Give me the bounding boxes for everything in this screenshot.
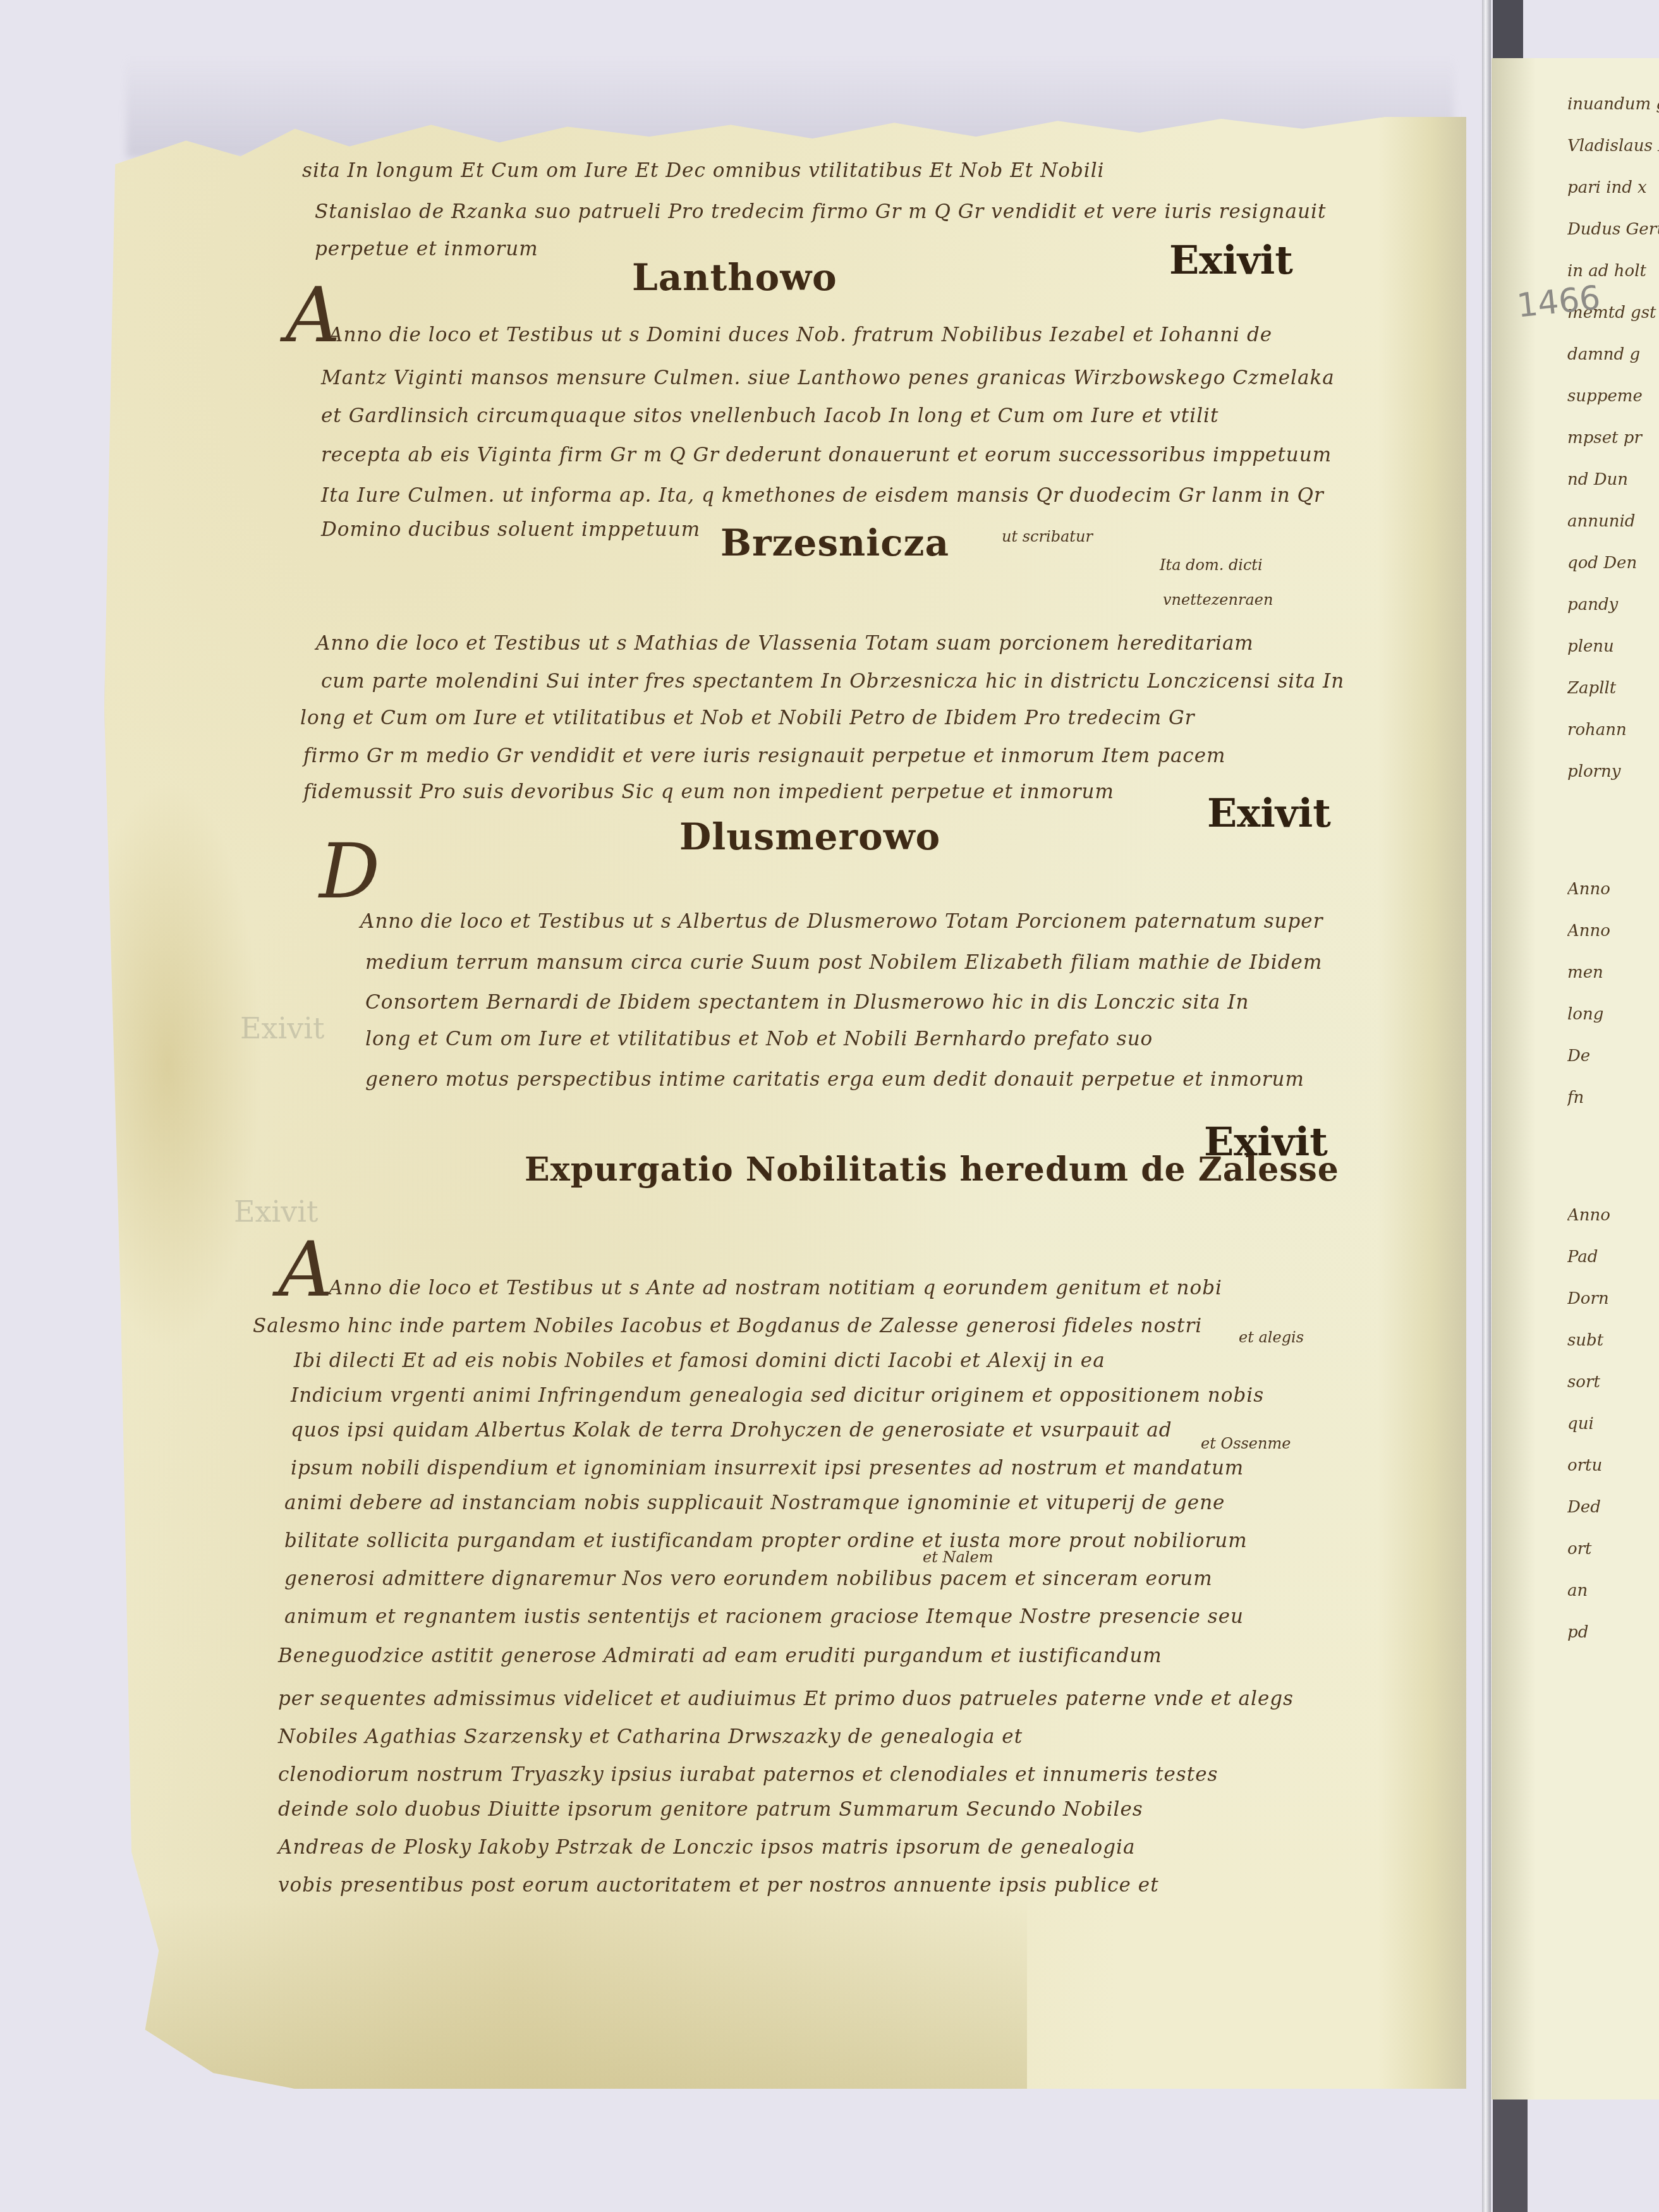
text-line: vobis presentibus post eorum auctoritate… bbox=[278, 1874, 1159, 1897]
interlinear-note: et alegis bbox=[1239, 1328, 1304, 1346]
text-line: Salesmo hinc inde partem Nobiles Iacobus… bbox=[253, 1315, 1202, 1337]
text-line: Beneguodzice astitit generose Admirati a… bbox=[278, 1644, 1162, 1667]
text-fragment: ortu bbox=[1567, 1457, 1659, 1499]
text-line: long et Cum om Iure et vtilitatibus et N… bbox=[365, 1028, 1153, 1050]
text-line: quos ipsi quidam Albertus Kolak de terra… bbox=[291, 1419, 1172, 1442]
text-fragment: sort bbox=[1567, 1374, 1659, 1416]
exivit-mark: Exivit bbox=[1207, 790, 1331, 836]
marginal-note: Ita dom. dicti bbox=[1160, 556, 1263, 574]
text-fragment: subt bbox=[1567, 1332, 1659, 1374]
text-line: recepta ab eis Viginta firm Gr m Q Gr de… bbox=[321, 444, 1332, 466]
marginal-note: ut scribatur bbox=[1002, 528, 1093, 545]
text-line: generosi admittere dignaremur Nos vero e… bbox=[284, 1567, 1213, 1590]
text-line: firmo Gr m medio Gr vendidit et vere iur… bbox=[303, 744, 1225, 767]
text-line: Mantz Viginti mansos mensure Culmen. siu… bbox=[321, 367, 1335, 389]
text-fragment: ort bbox=[1567, 1541, 1659, 1583]
text-fragment: mpset pr bbox=[1567, 430, 1659, 471]
text-line: long et Cum om Iure et vtilitatibus et N… bbox=[300, 707, 1194, 729]
text-line: per sequentes admissimus videlicet et au… bbox=[278, 1687, 1294, 1710]
text-fragment: Dorn bbox=[1567, 1291, 1659, 1332]
text-fragment: pari ind x bbox=[1567, 179, 1659, 221]
text-line: Consortem Bernardi de Ibidem spectantem … bbox=[365, 991, 1249, 1014]
text-fragment: Anno bbox=[1567, 1207, 1659, 1249]
bleed-through-mark: Exivit bbox=[240, 1011, 324, 1045]
text-line: bilitate sollicita purgandam et iustific… bbox=[284, 1529, 1248, 1552]
text-fragment: pandy bbox=[1567, 597, 1659, 638]
text-line: Stanislao de Rzanka suo patrueli Pro tre… bbox=[315, 200, 1326, 223]
exivit-mark: Exivit bbox=[1169, 237, 1293, 283]
text-fragment: fn bbox=[1567, 1090, 1659, 1131]
text-fragment: qui bbox=[1567, 1416, 1659, 1457]
text-line: Nobiles Agathias Szarzensky et Catharina… bbox=[278, 1725, 1023, 1748]
book-clamp-top bbox=[1493, 0, 1523, 63]
text-line: genero motus perspectibus intime caritat… bbox=[365, 1068, 1304, 1091]
text-line: et Gardlinsich circumquaque sitos vnelle… bbox=[321, 404, 1218, 427]
text-fragment: Dudus Geru bbox=[1567, 221, 1659, 263]
text-fragment: an bbox=[1567, 1583, 1659, 1624]
text-line: Ibi dilecti Et ad eis nobis Nobiles et f… bbox=[294, 1349, 1105, 1372]
text-fragment: qod Den bbox=[1567, 555, 1659, 597]
text-line: sita In longum Et Cum om Iure Et Dec omn… bbox=[302, 159, 1105, 182]
text-line: Andreas de Plosky Iakoby Pstrzak de Lonc… bbox=[278, 1836, 1135, 1859]
right-page: inuandum gst Vladislaus De pari ind x Du… bbox=[1492, 58, 1659, 2100]
entry-heading: Lanthowo bbox=[632, 256, 837, 299]
text-line: Anno die loco et Testibus ut s Domini du… bbox=[329, 324, 1272, 346]
text-fragment: damnd g bbox=[1567, 346, 1659, 388]
text-fragment: men bbox=[1567, 964, 1659, 1006]
text-fragment: Vladislaus De bbox=[1567, 138, 1659, 179]
text-fragment: Anno bbox=[1567, 923, 1659, 964]
text-line: Ita Iure Culmen. ut informa ap. Ita, q k… bbox=[321, 484, 1324, 507]
text-line: animi debere ad instanciam nobis supplic… bbox=[284, 1492, 1225, 1514]
bleed-through-mark: Exivit bbox=[234, 1194, 318, 1229]
text-line: animum et regnantem iustis sententijs et… bbox=[284, 1605, 1244, 1628]
text-fragment: rohann bbox=[1567, 722, 1659, 763]
text-line: Anno die loco et Testibus ut s Ante ad n… bbox=[329, 1277, 1222, 1299]
text-fragment: plorny bbox=[1567, 763, 1659, 805]
text-fragment: Zapllt bbox=[1567, 680, 1659, 722]
text-fragment: pd bbox=[1567, 1624, 1659, 1666]
text-line: ipsum nobili dispendium et ignominiam in… bbox=[291, 1457, 1244, 1480]
entry-heading: Expurgatio Nobilitatis heredum de Zaless… bbox=[525, 1150, 1339, 1189]
text-fragment: nd Dun bbox=[1567, 471, 1659, 513]
entry-heading: Dlusmerowo bbox=[679, 815, 940, 858]
interlinear-note: et Nalem bbox=[923, 1548, 993, 1566]
right-page-text: inuandum gst Vladislaus De pari ind x Du… bbox=[1567, 96, 1659, 1666]
text-line: fidemussit Pro suis devoribus Sic q eum … bbox=[303, 781, 1114, 803]
initial-letter: A bbox=[278, 1232, 333, 1308]
text-fragment: annunid bbox=[1567, 513, 1659, 555]
text-line: medium terrum mansum circa curie Suum po… bbox=[365, 951, 1322, 974]
text-line: Domino ducibus soluent imppetuum bbox=[321, 518, 700, 541]
text-fragment: Pad bbox=[1567, 1249, 1659, 1291]
text-line: Indicium vrgenti animi Infringendum gene… bbox=[291, 1384, 1264, 1407]
text-line: cum parte molendini Sui inter fres spect… bbox=[321, 670, 1344, 693]
text-fragment: Anno bbox=[1567, 881, 1659, 923]
text-line: deinde solo duobus Diuitte ipsorum genit… bbox=[278, 1798, 1143, 1821]
text-line: Anno die loco et Testibus ut s Mathias d… bbox=[316, 632, 1254, 655]
spacer bbox=[1567, 805, 1659, 881]
text-line: Anno die loco et Testibus ut s Albertus … bbox=[360, 910, 1323, 933]
text-fragment: Ded bbox=[1567, 1499, 1659, 1541]
book-clamp-bottom bbox=[1493, 2095, 1528, 2212]
text-fragment: inuandum gst bbox=[1567, 96, 1659, 138]
marginal-note: vnettezenraen bbox=[1163, 591, 1273, 609]
interlinear-note: et Ossenme bbox=[1201, 1435, 1291, 1452]
glass-page-holder bbox=[1482, 0, 1491, 2212]
initial-letter: D bbox=[319, 834, 380, 910]
text-fragment: long bbox=[1567, 1006, 1659, 1048]
text-fragment: De bbox=[1567, 1048, 1659, 1090]
text-line: clenodiorum nostrum Tryaszky ipsius iura… bbox=[278, 1763, 1218, 1786]
text-fragment: suppeme bbox=[1567, 388, 1659, 430]
entry-heading: Brzesnicza bbox=[720, 521, 949, 564]
spacer bbox=[1567, 1131, 1659, 1207]
manuscript-text: sita In longum Et Cum om Iure Et Dec omn… bbox=[0, 0, 1659, 2212]
text-fragment: plenu bbox=[1567, 638, 1659, 680]
text-line: perpetue et inmorum bbox=[315, 238, 538, 260]
